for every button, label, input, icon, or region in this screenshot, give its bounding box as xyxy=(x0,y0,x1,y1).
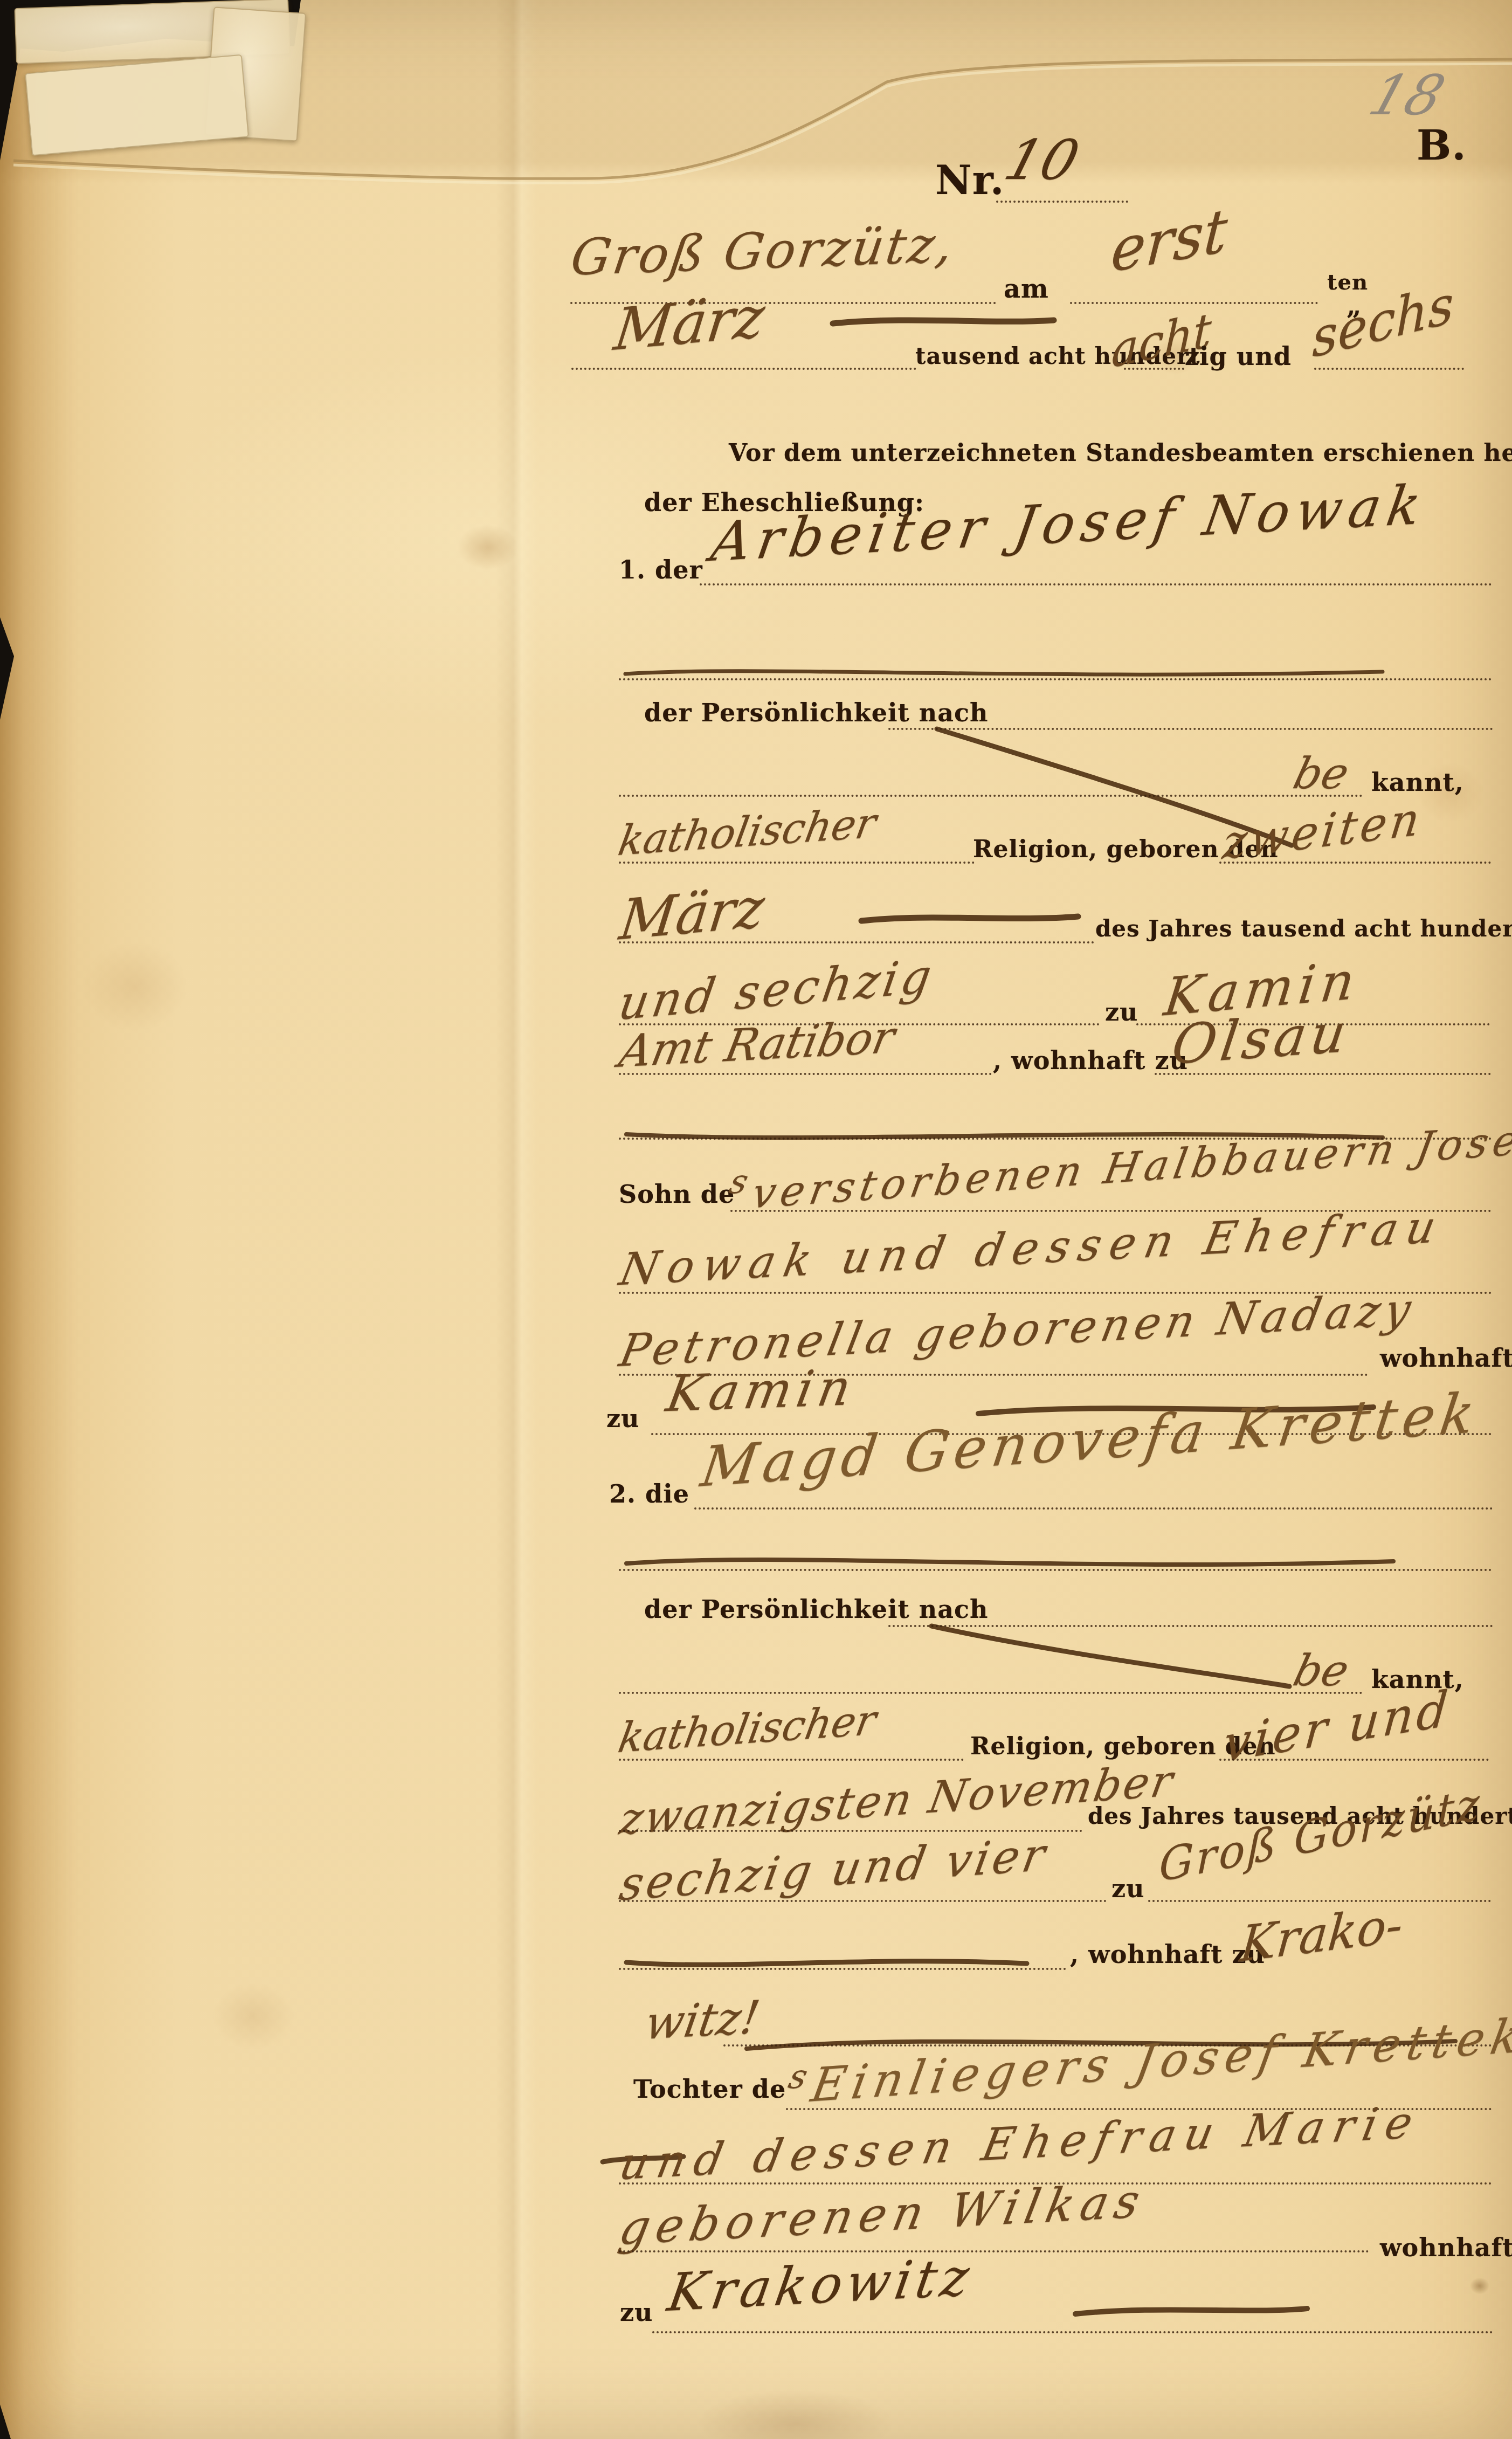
form-letter: B. xyxy=(1417,121,1467,169)
groom-residence-dotted xyxy=(1155,1073,1491,1075)
bride-birth-place-dotted xyxy=(1148,1900,1491,1902)
groom-pers-label: der Persönlichkeit nach xyxy=(644,698,989,727)
struck-empty-line-1 xyxy=(619,678,1492,680)
groom-pers-dotted xyxy=(888,728,1493,730)
groom-zu-label: zu xyxy=(1105,997,1138,1026)
bride-tochter-label: Tochter de xyxy=(633,2075,786,2104)
groom-wohnhaft-label: wohnhaft xyxy=(1380,1343,1512,1373)
dateline-day-dotted xyxy=(1070,302,1318,304)
groom-religion-dotted xyxy=(619,862,975,864)
bride-birth-day-dotted xyxy=(1219,1759,1489,1761)
printed-zig-und: zig und xyxy=(1185,342,1292,371)
groom-name-dotted xyxy=(700,583,1492,585)
groom-birth-month-dotted xyxy=(619,941,1094,943)
groom-district-dotted xyxy=(619,1073,992,1075)
groom-residence: Olsau xyxy=(1168,1001,1354,1077)
intro-line-1: Vor dem unterzeichneten Standesbeamten e… xyxy=(729,439,1512,467)
bride-wohnhaft-label: wohnhaft xyxy=(1380,2233,1512,2262)
struck-segment-dotted xyxy=(619,1968,1066,1970)
document-scan: 18 B. Nr. 10 Groß Gorzütz, am erst ten „… xyxy=(0,0,1512,2439)
nr-label: Nr. xyxy=(935,157,1005,204)
bride-parents-residence-dotted xyxy=(652,2331,1493,2333)
bride-birth-year-dotted xyxy=(619,1900,1107,1902)
dateline-ones-dotted xyxy=(1314,368,1464,370)
bride-mother-line2-dotted xyxy=(619,2250,1369,2252)
nr-dotted-line xyxy=(996,201,1128,203)
groom-index-label: 1. der xyxy=(619,555,703,584)
struck-empty-line-3 xyxy=(619,1569,1492,1571)
bride-pers-dotted xyxy=(888,1625,1493,1627)
bride-residence2: witz! xyxy=(641,1990,763,2050)
bride-name-dotted xyxy=(694,1507,1493,1510)
bride-religion-dotted xyxy=(619,1759,964,1761)
bride-index-label: 2. die xyxy=(609,1479,689,1508)
dateline-month-dotted xyxy=(571,368,916,370)
bride-pers-label: der Persönlichkeit nach xyxy=(644,1595,989,1624)
groom-year-label: des Jahres tausend acht hundert xyxy=(1095,915,1512,942)
groom-zu2-label: zu xyxy=(606,1404,640,1433)
bride-zu-label: zu xyxy=(1111,1874,1145,1903)
groom-birth-day-dotted xyxy=(1219,862,1491,864)
groom-wohnhaft-zu-label: , wohnhaft zu xyxy=(993,1046,1188,1075)
bride-bekannt-dotted xyxy=(619,1692,1363,1694)
bride-zu2-label: zu xyxy=(620,2298,653,2327)
dateline-month: März xyxy=(611,283,769,363)
bride-wohnhaft-zu-label: , wohnhaft zu xyxy=(1070,1940,1265,1969)
groom-bekannt-dotted xyxy=(619,795,1363,797)
groom-parents-residence: Kamin xyxy=(662,1359,861,1423)
groom-sohn-label: Sohn de xyxy=(619,1180,735,1209)
printed-am: am xyxy=(1004,274,1049,304)
